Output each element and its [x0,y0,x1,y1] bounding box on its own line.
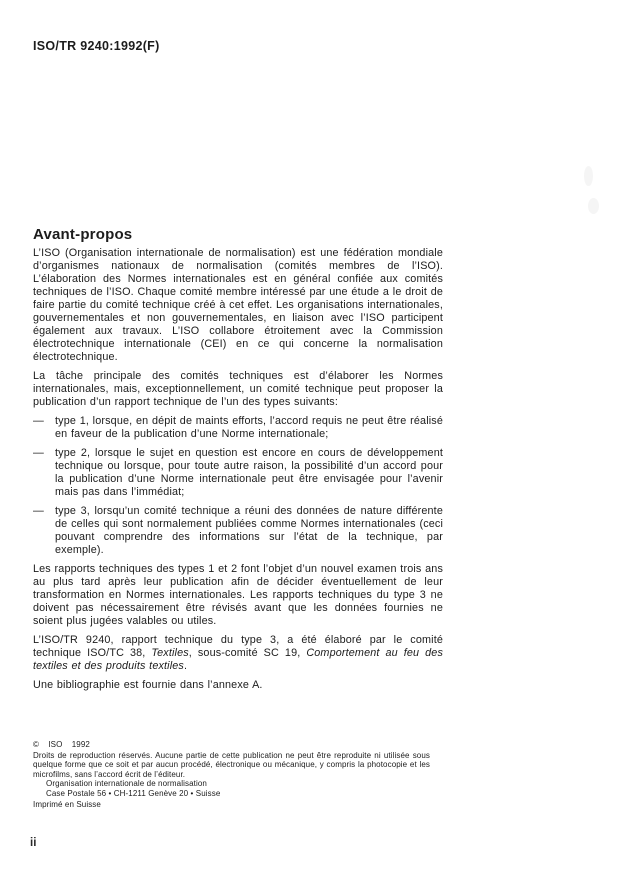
paragraph-iso-federation: L’ISO (Organisation internationale de no… [33,247,443,364]
page-number: ii [30,837,36,849]
list-item-text: type 2, lorsque le sujet en question est… [55,447,443,499]
document-page: ISO/TR 9240:1992(F) Avant-propos L’ISO (… [0,0,621,877]
paragraph-tache-principale: La tâche principale des comités techniqu… [33,370,443,409]
publisher-address: Case Postale 56 • CH-1211 Genève 20 • Su… [33,789,430,799]
committee-title-italic: Textiles [151,647,188,659]
list-item-text: type 1, lorsque, en dépit de maints effo… [55,415,443,441]
publisher-organization: Organisation internationale de normalisa… [33,779,430,789]
origin-text-post: . [184,660,187,672]
list-item-type-1: — type 1, lorsque, en dépit de maints ef… [33,415,443,441]
section-title-avant-propos: Avant-propos [33,226,132,243]
dash-marker: — [33,447,55,499]
dash-marker: — [33,505,55,557]
paragraph-origine-rapport: L’ISO/TR 9240, rapport technique du type… [33,634,443,673]
scan-artifact [584,166,593,186]
copyright-line: © ISO 1992 [33,740,430,750]
document-reference: ISO/TR 9240:1992(F) [33,39,160,53]
copyright-notice: © ISO 1992 Droits de reproduction réserv… [33,740,430,809]
rights-notice: Droits de reproduction réservés. Aucune … [33,751,430,780]
list-item-type-2: — type 2, lorsque le sujet en question e… [33,447,443,499]
list-item-text: type 3, lorsqu’un comité technique a réu… [55,505,443,557]
list-item-type-3: — type 3, lorsqu’un comité technique a r… [33,505,443,557]
body-text: L’ISO (Organisation internationale de no… [33,247,443,698]
origin-text-mid: , sous-comité SC 19, [189,647,307,659]
paragraph-bibliographie: Une bibliographie est fournie dans l’ann… [33,679,443,692]
printed-in: Imprimé en Suisse [33,800,430,810]
scan-artifact [588,198,599,214]
paragraph-nouvel-examen: Les rapports techniques des types 1 et 2… [33,563,443,628]
dash-marker: — [33,415,55,441]
